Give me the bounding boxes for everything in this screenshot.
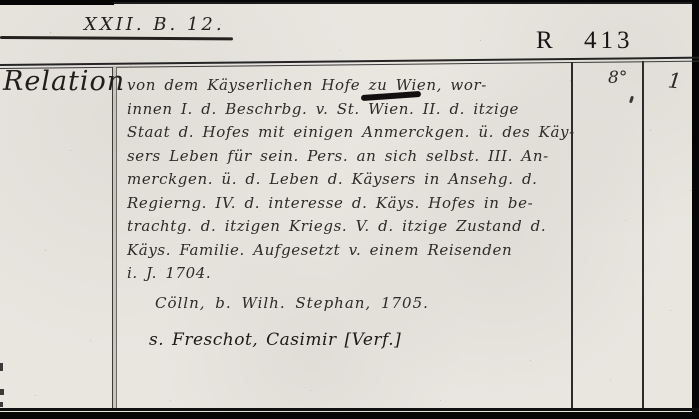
left-edge-ink-mark bbox=[0, 402, 3, 407]
description-line: Staat d. Hofes mit einigen Anmerckgen. ü… bbox=[127, 121, 569, 145]
left-edge-ink-mark bbox=[0, 363, 3, 371]
count-cell-value: 1 bbox=[667, 68, 683, 93]
column-divider-count bbox=[642, 61, 644, 410]
column-divider-format bbox=[571, 62, 573, 410]
catalog-card-scan: XXII. B. 12. R 413 Relation von dem Käys… bbox=[0, 0, 699, 419]
paper-speckle-texture bbox=[10, 10, 11, 11]
format-cell-value: 8° bbox=[608, 68, 627, 88]
entry-description: von dem Käyserlichen Hofe zu Wien, wor- … bbox=[127, 74, 569, 286]
entry-heading: Relation bbox=[3, 66, 115, 97]
entry-imprint: Cölln, b. Wilh. Stephan, 1705. bbox=[155, 294, 429, 312]
top-edge-rule-thick-segment bbox=[0, 0, 114, 5]
description-line: i. J. 1704. bbox=[127, 262, 569, 286]
entry-author-note: s. Freschot, Casimir [Verf.] bbox=[149, 330, 401, 350]
description-line: innen I. d. Beschrbg. v. St. Wien. II. d… bbox=[127, 98, 569, 122]
call-number: XXII. B. 12. bbox=[84, 14, 225, 35]
left-edge-ink-mark bbox=[0, 389, 4, 395]
description-line: merckgen. ü. d. Leben d. Käysers in Anse… bbox=[127, 168, 569, 192]
description-line: sers Leben für sein. Pers. an sich selbs… bbox=[127, 145, 569, 169]
shelfmark-letter: R bbox=[536, 27, 553, 55]
shelfmark-number: 413 bbox=[584, 27, 634, 55]
description-line: Käys. Familie. Aufgesetzt v. einem Reise… bbox=[127, 239, 569, 263]
description-line: trachtg. d. itzigen Kriegs. V. d. itzige… bbox=[127, 215, 569, 239]
description-line: Regierng. IV. d. interesse d. Käys. Hofe… bbox=[127, 192, 569, 216]
column-divider-heading bbox=[112, 67, 117, 410]
description-line: von dem Käyserlichen Hofe zu Wien, wor- bbox=[127, 74, 569, 98]
bottom-edge-rule bbox=[0, 408, 699, 411]
